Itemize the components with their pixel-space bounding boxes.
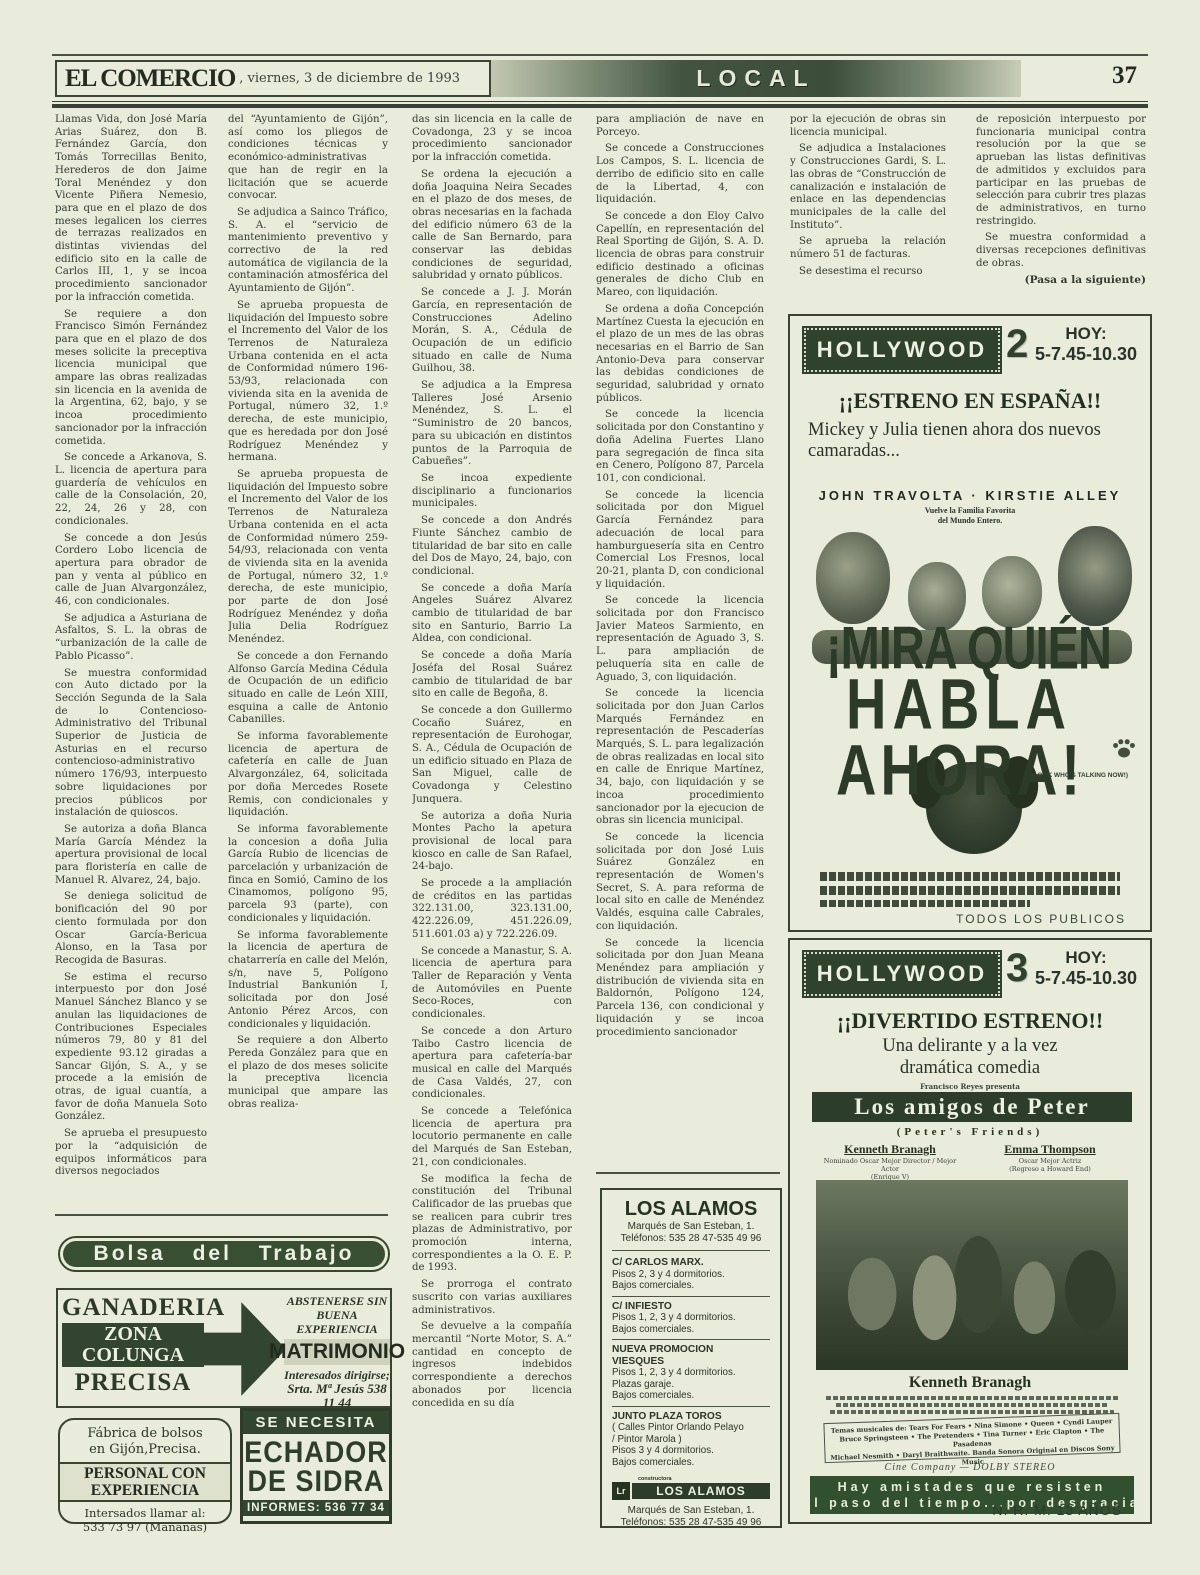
- hollywood3-ad: HOLLYWOOD 3 HOY: 5-7.45-10.30 ¡¡DIVERTID…: [788, 938, 1152, 1524]
- page-number: 37: [1112, 62, 1137, 90]
- section-lines: Pisos 1, 2, 3 y 4 dormitorios. Plazas ga…: [612, 1367, 736, 1401]
- ganaderia-line1: GANADERIA: [62, 1294, 204, 1321]
- paw-icon: [1112, 736, 1136, 760]
- movie-title-line-3: AHORA!: [836, 728, 1084, 811]
- footer-phones: Teléfonos: 535 28 47-535 49 96: [612, 1517, 770, 1529]
- actor2-note: Oscar Mejor Actriz (Regreso a Howard End…: [980, 1157, 1120, 1173]
- continuation-note: (Pasa a la siguiente): [976, 274, 1146, 287]
- masthead-title: EL COMERCIO: [65, 65, 235, 93]
- fabrica-bolsos-ad: Fábrica de bolsos en Gijón,Precisa. PERS…: [58, 1418, 232, 1524]
- actor1-name: Kenneth Branagh: [820, 1142, 960, 1157]
- cast-names: JOHN TRAVOLTA · KIRSTIE ALLEY: [790, 488, 1150, 503]
- news-paragraph: Se desestima el recurso: [790, 266, 946, 279]
- news-paragraph: Se estima el recurso interpuesto por don…: [55, 972, 207, 1124]
- ganaderia-band1: ZONA: [62, 1324, 204, 1345]
- footer-address: Marqués de San Esteban, 1.: [612, 1505, 770, 1517]
- news-paragraph: Se aprueba propuesta de liquidación del …: [228, 300, 388, 465]
- estreno-headline: ¡¡DIVERTIDO ESTRENO!!: [790, 1008, 1150, 1034]
- news-paragraph: Se autoriza a doña Nuria Montes Pacho la…: [412, 811, 572, 875]
- news-paragraph: Se concede a don Guillermo Cocaño Suárez…: [412, 705, 572, 807]
- photo-head-adult-left: [816, 532, 890, 624]
- news-column-3: das sin licencia en la calle de Covadong…: [412, 114, 572, 1560]
- news-paragraph: Se concede a doña María Angeles Suárez A…: [412, 583, 572, 647]
- news-paragraph: Se concede la licencia solicitada por do…: [596, 409, 764, 485]
- fabrica-contact2: 533 73 97 (Mañanas): [60, 1520, 230, 1534]
- music-credits: Temas musicales de: Tears For Fears • Ni…: [823, 1413, 1120, 1463]
- los-alamos-logo-icon: Lr: [612, 1482, 630, 1500]
- tagline-2: dramática comedia: [790, 1058, 1150, 1079]
- hollywood3-logo-text: HOLLYWOOD: [817, 961, 987, 987]
- sub-tagline-1: Vuelve la Familia Favorita: [790, 506, 1150, 516]
- news-column-1: Llamas Vida, don José María Arias Suárez…: [55, 114, 207, 1206]
- news-paragraph: Se concede a Manastur, S. A. licencia de…: [412, 946, 572, 1022]
- hollywood2-logo: HOLLYWOOD: [804, 328, 1000, 372]
- studio-logos: Cine Company — DOLBY STEREO: [790, 1462, 1150, 1473]
- credits-fineprint: [830, 1410, 1114, 1414]
- section-lines: Pisos 1, 2, 3 y 4 dormitorios. Bajos com…: [612, 1312, 736, 1335]
- credits-fineprint: [820, 886, 1120, 895]
- news-paragraph: Se concede a don Arturo Taibo Castro lic…: [412, 1026, 572, 1102]
- news-paragraph: Se requiere a don Francisco Simón Fernán…: [55, 309, 207, 449]
- news-paragraph: Se concede a Arkanova, S. L. licencia de…: [55, 452, 207, 528]
- los-alamos-section: JUNTO PLAZA TOROS ( Calles Pintor Orland…: [612, 1407, 770, 1473]
- news-paragraph: Se concede a don Andrés Fiunte Sánchez c…: [412, 515, 572, 579]
- movie-title: Los amigos de Peter: [854, 1094, 1089, 1120]
- credits-fineprint: [820, 872, 1120, 881]
- news-paragraph: Se prorroga el contrato suscrito con var…: [412, 1279, 572, 1317]
- news-paragraph: Llamas Vida, don José María Arias Suárez…: [55, 114, 207, 305]
- original-title: (Peter's Friends): [790, 1126, 1150, 1138]
- news-paragraph: Se adjudica a Sainco Tráfico, S. A. el “…: [228, 207, 388, 296]
- news-paragraph: Se concede la licencia solicitada por do…: [596, 490, 764, 592]
- estreno-headline: ¡¡ESTRENO EN ESPAÑA!!: [790, 388, 1150, 414]
- news-paragraph: Se aprueba el presupuesto por la “adquis…: [55, 1128, 207, 1179]
- sidra-header: SE NECESITA: [243, 1411, 389, 1434]
- actor2-name: Emma Thompson: [980, 1142, 1120, 1157]
- news-paragraph: del “Ayuntamiento de Gijón”, así como lo…: [228, 114, 388, 203]
- news-paragraph: Se concede la licencia solicitada por do…: [596, 688, 764, 828]
- bolsa-banner-text: Bolsa del Trabajo: [94, 1242, 355, 1266]
- los-alamos-ad: LOS ALAMOS Marqués de San Esteban, 1. Te…: [600, 1188, 782, 1528]
- news-paragraph: Se muestra conformidad a diversas recepc…: [976, 232, 1146, 270]
- news-paragraph: Se informa favorablemente la licencia de…: [228, 930, 388, 1032]
- ganaderia-ad: GANADERIA ZONA COLUNGA PRECISA ABSTENERS…: [56, 1288, 392, 1408]
- news-paragraph: Se procede a la ampliación de créditos e…: [412, 878, 572, 942]
- tagline: Mickey y Julia tienen ahora dos nuevos c…: [808, 420, 1138, 462]
- section-title: LOCAL: [696, 65, 815, 92]
- news-paragraph: Se concede a don Eloy Calvo Capellín, en…: [596, 211, 764, 300]
- rule-under-column-4: [596, 1172, 780, 1174]
- newspaper-page: EL COMERCIO , viernes, 3 de diciembre de…: [0, 0, 1200, 1575]
- matrimonio-text: MATRIMONIO: [269, 1340, 405, 1364]
- credits-fineprint: [820, 900, 1030, 907]
- los-alamos-logo-name: LOS ALAMOS: [632, 1483, 770, 1499]
- los-alamos-section: C/ CARLOS MARX. Pisos 2, 3 y 4 dormitori…: [612, 1253, 770, 1297]
- hoy-label: HOY:: [1032, 324, 1140, 344]
- section-bar: LOCAL: [491, 60, 1021, 97]
- news-paragraph: Se requiere a don Alberto Pereda Gonzále…: [228, 1035, 388, 1111]
- rule-under-columns-1-2: [55, 1214, 388, 1216]
- sub-tagline-2: del Mundo Entero.: [790, 516, 1150, 526]
- los-alamos-name: LOS ALAMOS: [612, 1198, 770, 1221]
- hollywood3-logo: HOLLYWOOD: [804, 952, 1000, 996]
- news-paragraph: Se informa favorablemente licencia de ap…: [228, 731, 388, 820]
- showtimes: 5-7.45-10.30: [1032, 968, 1140, 989]
- slogan-line-1: Hay amistades que resisten: [838, 1479, 1107, 1495]
- news-paragraph: de reposición interpuesto por funcionari…: [976, 114, 1146, 228]
- news-paragraph: Se concede a don Jesús Cordero Lobo lice…: [55, 533, 207, 609]
- movie-title-bar: Los amigos de Peter: [812, 1092, 1132, 1122]
- rating-label: N. R. M. 13 AÑOS: [992, 1502, 1122, 1518]
- section-title: NUEVA PROMOCION VIESQUES: [612, 1344, 770, 1367]
- news-paragraph: Se concede a Construcciones Los Campos, …: [596, 143, 764, 207]
- screen-number-2: 2: [1006, 322, 1028, 367]
- news-paragraph: Se concede a don Fernando Alfonso García…: [228, 651, 388, 727]
- news-paragraph: Se ordena la ejecución a doña Joaquina N…: [412, 169, 572, 283]
- group-photo: [816, 1180, 1128, 1370]
- news-paragraph: Se deniega solicitud de bonificación del…: [55, 891, 207, 967]
- fabrica-band1: PERSONAL CON: [60, 1465, 230, 1482]
- los-alamos-contact: Marqués de San Esteban, 1. Teléfonos: 53…: [612, 1221, 770, 1251]
- news-paragraph: Se concede la licencia solicitada por do…: [596, 832, 764, 934]
- news-paragraph: Se incoa expediente disciplinario a func…: [412, 473, 572, 511]
- tagline-1: Una delirante y a la vez: [790, 1036, 1150, 1057]
- news-paragraph: Se autoriza a doña Blanca María García M…: [55, 824, 207, 888]
- section-title: JUNTO PLAZA TOROS: [612, 1411, 770, 1423]
- top-rule: [52, 54, 1148, 56]
- news-paragraph: Se modifica la fecha de constitución del…: [412, 1174, 572, 1276]
- news-paragraph: Se adjudica a la Empresa Talleres José A…: [412, 380, 572, 469]
- los-alamos-address: Marqués de San Esteban, 1.: [612, 1221, 770, 1233]
- original-title: (LOOK WHO'S TALKING NOW!): [1031, 772, 1128, 779]
- echador-sidra-ad: SE NECESITA ECHADOR DE SIDRA INFORMES: 5…: [240, 1408, 392, 1524]
- news-paragraph: Se muestra conformidad con Auto dictado …: [55, 668, 207, 820]
- abstenerse-text: ABSTENERSE SIN BUENA EXPERIENCIA: [284, 1294, 390, 1336]
- sidra-big2: DE SIDRA: [243, 1466, 389, 1498]
- ganaderia-band2: COLUNGA: [62, 1345, 204, 1366]
- news-paragraph: Se adjudica a Asturiana de Asfaltos, S. …: [55, 613, 207, 664]
- photo-head-adult-right: [1058, 526, 1132, 626]
- masthead: EL COMERCIO , viernes, 3 de diciembre de…: [55, 60, 491, 97]
- news-paragraph: Se concede la licencia solicitada por do…: [596, 938, 764, 1040]
- news-paragraph: Se informa favorablemente la concesion a…: [228, 824, 388, 926]
- fabrica-line1: Fábrica de bolsos: [60, 1426, 230, 1442]
- los-alamos-footer: Marqués de San Esteban, 1. Teléfonos: 53…: [612, 1505, 770, 1529]
- header-rule-thick: [52, 104, 1148, 108]
- news-column-4: para ampliación de nave en Porceyo.Se co…: [596, 114, 764, 1170]
- news-paragraph: Se adjudica a Instalaciones y Construcci…: [790, 143, 946, 232]
- los-alamos-section: NUEVA PROMOCION VIESQUES Pisos 1, 2, 3 y…: [612, 1340, 770, 1407]
- news-paragraph: Se devuelve a la compañía mercantil “Nor…: [412, 1321, 572, 1410]
- section-lines: ( Calles Pintor Orlando Pelayo / Pintor …: [612, 1422, 744, 1468]
- los-alamos-sections: C/ CARLOS MARX. Pisos 2, 3 y 4 dormitori…: [612, 1253, 770, 1472]
- contact-line2: Srta. Mª Jesús 538 11 44: [284, 1382, 390, 1410]
- news-paragraph: das sin licencia en la calle de Covadong…: [412, 114, 572, 165]
- section-title: C/ CARLOS MARX.: [612, 1257, 770, 1269]
- los-alamos-logo: Lr LOS ALAMOS: [612, 1482, 770, 1500]
- section-lines: Pisos 2, 3 y 4 dormitorios. Bajos comerc…: [612, 1269, 725, 1292]
- news-paragraph: Se concede a Telefónica licencia de aper…: [412, 1106, 572, 1170]
- credits-fineprint: [826, 1396, 1118, 1400]
- header-rule-thin: [52, 101, 1148, 102]
- news-paragraph: por la ejecución de obras sin licencia m…: [790, 114, 946, 139]
- news-paragraph: Se concede a doña María Joséfa del Rosal…: [412, 650, 572, 701]
- showtimes: 5-7.45-10.30: [1032, 344, 1140, 365]
- news-paragraph: Se aprueba propuesta de liquidación del …: [228, 469, 388, 647]
- news-paragraph: Se concede a J. J. Morán García, en repr…: [412, 287, 572, 376]
- credits-fineprint: [836, 1403, 1108, 1407]
- rating-label: TODOS LOS PUBLICOS: [956, 912, 1126, 926]
- news-paragraph: Se ordena a doña Concepción Martínez Cue…: [596, 304, 764, 406]
- contact-line1: Interesados dirigirse;: [284, 1368, 390, 1382]
- presenter-credit: Francisco Reyes presenta: [790, 1082, 1150, 1091]
- fabrica-line2: en Gijón,Precisa.: [60, 1442, 230, 1458]
- hollywood2-logo-text: HOLLYWOOD: [817, 337, 987, 363]
- hoy-label: HOY:: [1032, 948, 1140, 968]
- bolsa-del-trabajo-banner: Bolsa del Trabajo: [58, 1236, 390, 1272]
- ganaderia-line2: PRECISA: [62, 1369, 204, 1396]
- hollywood2-ad: HOLLYWOOD 2 HOY: 5-7.45-10.30 ¡¡ESTRENO …: [788, 314, 1152, 932]
- fabrica-band2: EXPERIENCIA: [60, 1482, 230, 1499]
- news-paragraph: Se concede la licencia solicitada por do…: [596, 595, 764, 684]
- news-column-6: de reposición interpuesto por funcionari…: [976, 114, 1146, 314]
- section-title: C/ INFIESTO: [612, 1301, 770, 1313]
- los-alamos-section: C/ INFIESTO Pisos 1, 2, 3 y 4 dormitorio…: [612, 1297, 770, 1341]
- news-column-5: por la ejecución de obras sin licencia m…: [790, 114, 946, 306]
- fabrica-contact1: Intersados llamar al:: [60, 1506, 230, 1520]
- los-alamos-phones: Teléfonos: 535 28 47-535 49 96: [612, 1233, 770, 1245]
- news-paragraph: Se aprueba la relación número 51 de fact…: [790, 236, 946, 261]
- masthead-date: , viernes, 3 de diciembre de 1993: [239, 71, 460, 86]
- news-column-2: del “Ayuntamiento de Gijón”, así como lo…: [228, 114, 388, 1206]
- actor1-note: Nominado Oscar Mejor Director / Mejor Ac…: [820, 1157, 960, 1181]
- sidra-informes: INFORMES: 536 77 34: [243, 1500, 389, 1516]
- screen-number-3: 3: [1006, 946, 1028, 991]
- news-paragraph: para ampliación de nave en Porceyo.: [596, 114, 764, 139]
- credit-heading: Kenneth Branagh: [790, 1374, 1150, 1392]
